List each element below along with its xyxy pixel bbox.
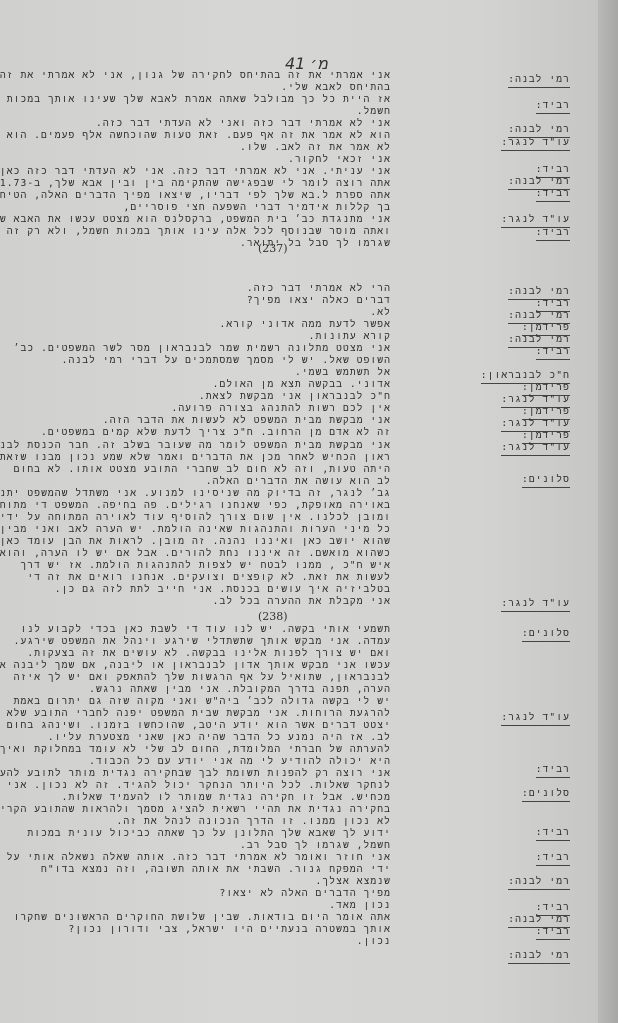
transcript-line: אני עניתי. אני לא אמרתי דבר כזה. אני לא … xyxy=(0,166,391,178)
speaker-label: עו"ד לנגר: xyxy=(501,442,570,456)
transcript-line: עכשו אני מבקש אותך אדון לבנבראון או ליבנ… xyxy=(0,660,391,672)
transcript-line: אני מבקשת מבית המשפט לא לעשות את הדבר הז… xyxy=(103,415,391,427)
speaker-label: רמי לבנה: xyxy=(508,124,570,138)
speaker-label: סלונים: xyxy=(522,628,570,642)
transcript-line: תשמעי אותי בקשה. יש לנו עוד די לשבת כאן … xyxy=(20,624,391,636)
page-marker: (237) xyxy=(258,242,288,255)
transcript-line: יש לי בקשה גדולה לכב׳ ביה"ש ואני מקוה שז… xyxy=(14,696,391,708)
speaker-label: עו"ד לנגר: xyxy=(501,214,570,228)
transcript-line: בטלביזיה איך עושים בכנסת. אני חייב לתת ל… xyxy=(55,584,391,596)
transcript-line: כשהוא מואשם. זה איננו נחת להורים. אבל אם… xyxy=(0,548,391,560)
transcript-line: גב׳ לנגר, זה בדיוק מה שניסינו למנוע. אני… xyxy=(0,488,391,500)
transcript-line: נכון מאד. xyxy=(329,900,391,912)
speaker-label: רביד: xyxy=(536,100,570,114)
speaker-label: רביד: xyxy=(536,852,570,866)
transcript-line: זה לא אדם מן הרחוב. ח"כ צריך לדעת שלא קמ… xyxy=(41,427,391,439)
transcript-line: אותך במשטרה בנעתיים היו ישראל, צבי ודורו… xyxy=(69,924,391,936)
transcript-line: אתה רוצה לומר לי שבפגישה שהתקימה בין ובי… xyxy=(0,178,391,190)
transcript-line: אז היית כל כך מבולבל שאתה אמרת לאבא שלך … xyxy=(7,94,391,106)
transcript-line: אני מצטט מתלונה רשמית שמר לבנבראון מסר ל… xyxy=(14,343,391,355)
transcript-line: להרגעת הרוחות. אני מבקשת שבית המשפט יפנה… xyxy=(7,708,391,720)
transcript-line: נכון. xyxy=(357,936,391,948)
transcript-line: בהתיחס לאבא שלי. xyxy=(281,82,391,94)
transcript-line: לב. אז היה נמנע כל הדבר שהיה כאן שאני מצ… xyxy=(48,732,391,744)
transcript-line: כל מיני הערות והתנהגות שאינה הולמת. יש ה… xyxy=(0,524,391,536)
transcript-line: חשמל, שגרמו לך סבל רב. xyxy=(240,840,391,852)
transcript-line: לא אמר את זה לאב. שלו. xyxy=(240,142,391,154)
transcript-line: להערתה של חברתי המלומדת, החום לב שלי לא … xyxy=(0,744,391,756)
transcript-line: אין לכם רשות להתנהג בצורה פרועה. xyxy=(171,403,391,415)
transcript-line: אני אמרתי את זה בהתיחס לחקירה של גנון, א… xyxy=(0,70,391,82)
transcript-line: אפשר לדעת ממה אדוני קורא. xyxy=(219,319,391,331)
transcript-line: מכחיש. אבל זו חקירה נגדית שמותר לו להעמי… xyxy=(62,792,391,804)
speaker-label: רמי לבנה: xyxy=(508,876,570,890)
transcript-line: לא. xyxy=(370,307,391,319)
transcript-line: הערה, תפנה בדרך המקובלת. אני מבין שאתה נ… xyxy=(89,684,391,696)
transcript-line: עמדה. אני מבקש אותך שתשתדלי שירגע וינהל … xyxy=(14,636,391,648)
speaker-label: רמי לבנה: xyxy=(508,74,570,88)
transcript-line: אל תשתמש בשמי. xyxy=(295,367,391,379)
transcript-line: אני לא אמרתי דבר כזה ואני לא העדתי דבר כ… xyxy=(96,118,391,130)
transcript-line: ומובן לכלנו. אין שום צורך להוסיף עוד לאו… xyxy=(0,512,391,524)
page-edge xyxy=(598,0,618,1023)
transcript-line: הוא לא אמר את זה אף פעם. זאת טעות שהוכחש… xyxy=(7,130,391,142)
transcript-line: לנחקר שאלות. לכל היותר הנחקר יכול להגיד.… xyxy=(7,780,391,792)
speaker-label: רביד: xyxy=(536,827,570,841)
transcript-line: לעשות את זאת. לא קופצים וצועקים. אנחנו ר… xyxy=(27,572,391,584)
transcript-line: אני מקבלת את ההערה בכל לב. xyxy=(213,596,391,608)
speaker-label: סלונים: xyxy=(522,474,570,488)
transcript-line: אני רוצה רק להפנות תשומת לבך שבחקירה נגד… xyxy=(0,768,391,780)
speaker-label: רביד: xyxy=(536,764,570,778)
transcript-line: חשמל. xyxy=(357,106,391,118)
transcript-line: מפיך הדברים האלה לא יצאו? xyxy=(219,888,391,900)
transcript-line: ואם יש צורך לפנות אלינו בבקשה. לא עושים … xyxy=(27,648,391,660)
speaker-label: סלונים: xyxy=(522,788,570,802)
transcript-line: השופט שאל. יש לי מסמך שמסתמכים על דברי ר… xyxy=(62,355,391,367)
speaker-label: רמי לבנה: xyxy=(508,950,570,964)
transcript-line: אתה אומר היום בודאות. שבין שלושת החוקרים… xyxy=(14,912,391,924)
transcript-line: שהוא יושב כאן ואיננו נהנה. זה מובן. לראו… xyxy=(0,536,391,548)
transcript-line: לבנבראון, שתואיל על אף הרגשות שלך להתאפק… xyxy=(14,672,391,684)
transcript-line: ראון הכחיש לאחר מכן את הדברים ואמר שלא ש… xyxy=(0,452,391,464)
transcript-line: ידי המפקח גנור. השבתי את אותה תשובה, וזה… xyxy=(41,864,391,876)
speaker-label: רביד: xyxy=(536,227,570,241)
speaker-label: רביד: xyxy=(536,346,570,360)
transcript-line: לב הוא עושה את הדברים האלה. xyxy=(206,476,391,488)
speaker-label: רביד: xyxy=(536,188,570,202)
transcript-line: אני חוזר ואומר לא אמרתי דבר כזה. אותה שא… xyxy=(7,852,391,864)
transcript-line: שנמצא אצלך. xyxy=(316,876,391,888)
transcript-line: יצטט דברים אשר הוא יודע היטב, שהוכחשו בז… xyxy=(7,720,391,732)
speaker-label: עו"ד לנגר: xyxy=(501,712,570,726)
transcript-line: היא יכולה להודיע לי מה אני יודע עם כל הכ… xyxy=(89,756,391,768)
transcript-line: לא נכון ממנו. זו הדרך הנכונה לנהל את זה. xyxy=(117,816,391,828)
transcript-line: ח"כ לבנבראון אני מבקשת לצאת. xyxy=(199,391,391,403)
transcript-line: אני זכאי לחקור. xyxy=(288,154,391,166)
transcript-line: איש ח"כ , ממנו לבטח יש לצפות להתנהגות הו… xyxy=(20,560,391,572)
transcript-line: אתה ספרת ל.בא שלך לפי דבריו, שיצאו מפיך … xyxy=(0,190,391,202)
transcript-line: בך קללות אידמיר דברי השפעה חצי פוסריים, xyxy=(123,202,391,214)
transcript-line: אני מבקשת מבית המשפט לומר מה שעובר בשלב … xyxy=(0,440,391,452)
transcript-line: קורא עתונות. xyxy=(309,331,391,343)
speaker-label: עו"ד לנגר: xyxy=(501,598,570,612)
speaker-label: רביד: xyxy=(536,926,570,940)
transcript-line: דברים כאלה יצאו מפיך? xyxy=(247,295,391,307)
transcript-line: אני מתנגדת כב׳ בית המשפט, ברקסלנס הוא מצ… xyxy=(0,214,391,226)
transcript-line: ידוע לך שאבא שלך התלונן על כך שאתה כביכו… xyxy=(27,828,391,840)
transcript-line: הרי לא אמרתי דבר כזה. xyxy=(247,283,391,295)
speaker-label: עו"ד לנגר: xyxy=(501,137,570,151)
page-marker: (238) xyxy=(258,610,288,623)
transcript-line: בחקירה נגדית את תהיי רשאית להציג מסמך ול… xyxy=(0,804,391,816)
transcript-line: ואתה מוסר שבנוסף לכל אלה עינו אותך במכות… xyxy=(7,226,391,238)
transcript-line: אדוני. בבקשה תצא מן האולם. xyxy=(213,379,391,391)
transcript-line: באוירה מאופקת, כפי שאנחנו רגילים. פה בחי… xyxy=(0,500,391,512)
transcript-line: היתה טעות, וזה לא חום לב שחברי התובע מצט… xyxy=(14,464,391,476)
